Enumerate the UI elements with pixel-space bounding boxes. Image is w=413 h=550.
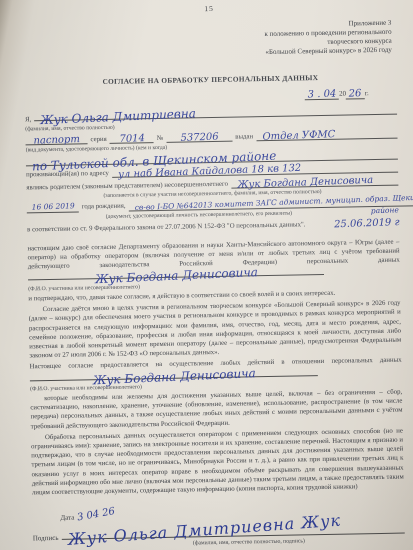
- series-label: серия: [87, 136, 109, 145]
- document-title: СОГЛАСИЕ НА ОБРАБОТКУ ПЕРСОНАЛЬНЫХ ДАННЫ…: [24, 72, 396, 88]
- law-text: в соответствии со ст. 9 Федерального зак…: [27, 222, 305, 236]
- paragraph-consent-text: настоящим даю своё согласие Департаменту…: [27, 238, 399, 270]
- issued-label: выдан: [232, 133, 256, 142]
- paragraph-purpose: Согласие даётся мною в целях участия в р…: [29, 299, 402, 361]
- ya-label: Я,: [25, 117, 34, 126]
- paragraph-consent: настоящим даю своё согласие Департаменту…: [27, 237, 400, 285]
- date-suffix: г.: [365, 90, 369, 98]
- annex-note: Приложение 3 к положению о проведении ре…: [23, 19, 396, 62]
- handwritten-day-month: 3 . 04: [307, 90, 336, 101]
- paragraph-actions: которые необходимы или желаемы для дости…: [30, 388, 403, 432]
- handwritten-law-date: 25.06.2019 г: [333, 218, 399, 230]
- handwritten-number: 537206: [180, 133, 219, 144]
- signature-label: Подпись: [33, 534, 62, 543]
- consent-form-page: 15 Приложение 3 к положению о проведении…: [23, 1, 405, 550]
- birth-label: года рождения,: [79, 203, 129, 212]
- handwritten-series: 7014: [119, 134, 145, 145]
- paragraph-processing: Обработка персональных данных осуществля…: [31, 426, 404, 497]
- document-photo: 15 Приложение 3 к положению о проведении…: [0, 0, 413, 550]
- handwritten-footer-date: 3 04 26: [76, 507, 115, 524]
- handwritten-birth-doc-2: районе: [371, 206, 399, 214]
- handwritten-year: 26: [349, 90, 362, 100]
- handwritten-doc-type: паспорт: [33, 135, 80, 147]
- number-label: №: [154, 135, 167, 144]
- signature-block: Дата 3 04 26 Подпись Жук Ольга Дмитриевн…: [32, 507, 405, 550]
- handwritten-birth-date: 16 06 2019: [31, 202, 74, 211]
- page-number: 15: [23, 1, 395, 17]
- date-label: Дата: [60, 514, 77, 522]
